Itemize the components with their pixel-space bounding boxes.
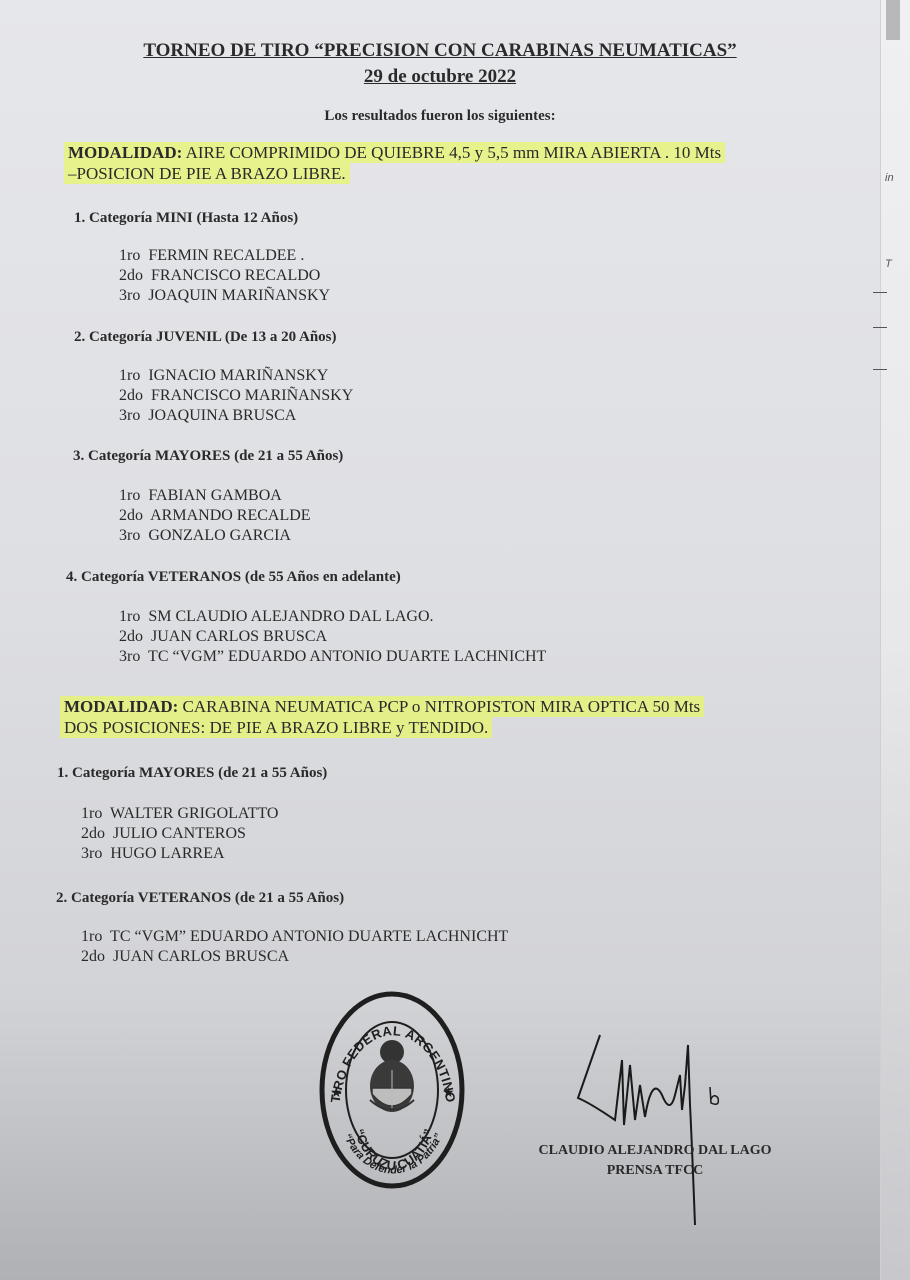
category-heading: 4. Categoría VETERANOS (de 55 Años en ad… [66, 569, 401, 586]
intro-text: Los resultados fueron los siguientes: [0, 108, 880, 125]
svg-text:★: ★ [330, 1086, 343, 1101]
handwritten-signature [570, 1025, 740, 1225]
category-places: 1ro FABIAN GAMBOA 2do ARMANDO RECALDE 3r… [119, 486, 311, 546]
place-row: 1ro FERMIN RECALDEE . [119, 246, 330, 266]
adjacent-page-edge: in T [880, 0, 910, 1280]
place-row: 2do FRANCISCO RECALDO [119, 266, 330, 286]
document-title: TORNEO DE TIRO “PRECISION CON CARABINAS … [0, 40, 880, 62]
category-places: 1ro SM CLAUDIO ALEJANDRO DAL LAGO. 2do J… [119, 607, 546, 667]
category-heading: 1. Categoría MAYORES (de 21 a 55 Años) [57, 765, 327, 782]
modality-2-line-2: DOS POSICIONES: DE PIE A BRAZO LIBRE y T… [60, 717, 492, 738]
category-places: 1ro TC “VGM” EDUARDO ANTONIO DUARTE LACH… [81, 927, 508, 967]
category-places: 1ro WALTER GRIGOLATTO 2do JULIO CANTEROS… [81, 804, 278, 864]
place-row: 1ro SM CLAUDIO ALEJANDRO DAL LAGO. [119, 607, 546, 627]
svg-text:★: ★ [442, 1086, 455, 1101]
edge-text-fragment: in [885, 172, 894, 184]
place-row: 1ro FABIAN GAMBOA [119, 486, 311, 506]
place-row: 2do JULIO CANTEROS [81, 824, 278, 844]
place-row: 3ro TC “VGM” EDUARDO ANTONIO DUARTE LACH… [119, 647, 546, 667]
document-page: TORNEO DE TIRO “PRECISION CON CARABINAS … [0, 0, 880, 1280]
place-row: 3ro JOAQUIN MARIÑANSKY [119, 286, 330, 306]
place-row: 3ro GONZALO GARCIA [119, 526, 311, 546]
place-row: 3ro HUGO LARREA [81, 844, 278, 864]
category-heading: 1. Categoría MINI (Hasta 12 Años) [74, 210, 298, 227]
category-places: 1ro FERMIN RECALDEE . 2do FRANCISCO RECA… [119, 246, 330, 306]
coat-of-arms-icon [370, 1040, 414, 1112]
edge-dash [873, 327, 887, 328]
place-row: 2do JUAN CARLOS BRUSCA [119, 627, 546, 647]
edge-block [886, 0, 900, 40]
edge-dash [873, 369, 887, 370]
modality-1-description: AIRE COMPRIMIDO DE QUIEBRE 4,5 y 5,5 mm … [182, 143, 721, 162]
place-row: 1ro IGNACIO MARIÑANSKY [119, 366, 353, 386]
edge-text-fragment: T [885, 258, 892, 270]
signatory-role: PRENSA TFCC [500, 1161, 810, 1181]
modality-2-line-1: MODALIDAD: CARABINA NEUMATICA PCP o NITR… [60, 696, 704, 717]
modality-1-line-1: MODALIDAD: AIRE COMPRIMIDO DE QUIEBRE 4,… [64, 142, 725, 163]
modality-1: MODALIDAD: AIRE COMPRIMIDO DE QUIEBRE 4,… [64, 142, 725, 184]
category-places: 1ro IGNACIO MARIÑANSKY 2do FRANCISCO MAR… [119, 366, 353, 426]
place-row: 3ro JOAQUINA BRUSCA [119, 406, 353, 426]
modality-1-line-2: –POSICION DE PIE A BRAZO LIBRE. [64, 163, 350, 184]
modality-label: MODALIDAD: [68, 143, 182, 162]
edge-dash [873, 292, 887, 293]
place-row: 2do ARMANDO RECALDE [119, 506, 311, 526]
signatory-block: CLAUDIO ALEJANDRO DAL LAGO PRENSA TFCC [500, 1141, 810, 1181]
document-date: 29 de octubre 2022 [0, 66, 880, 88]
category-heading: 2. Categoría VETERANOS (de 21 a 55 Años) [56, 890, 344, 907]
place-row: 1ro TC “VGM” EDUARDO ANTONIO DUARTE LACH… [81, 927, 508, 947]
club-seal-stamp: TIRO FEDERAL ARGENTINO “CURUZU CUATIÁ” “… [318, 990, 466, 1190]
modality-label: MODALIDAD: [64, 697, 178, 716]
category-heading: 3. Categoría MAYORES (de 21 a 55 Años) [73, 448, 343, 465]
modality-2: MODALIDAD: CARABINA NEUMATICA PCP o NITR… [60, 696, 704, 738]
category-heading: 2. Categoría JUVENIL (De 13 a 20 Años) [74, 329, 337, 346]
signatory-name: CLAUDIO ALEJANDRO DAL LAGO [500, 1141, 810, 1161]
modality-2-description: CARABINA NEUMATICA PCP o NITROPISTON MIR… [178, 697, 700, 716]
place-row: 2do FRANCISCO MARIÑANSKY [119, 386, 353, 406]
place-row: 2do JUAN CARLOS BRUSCA [81, 947, 508, 967]
place-row: 1ro WALTER GRIGOLATTO [81, 804, 278, 824]
